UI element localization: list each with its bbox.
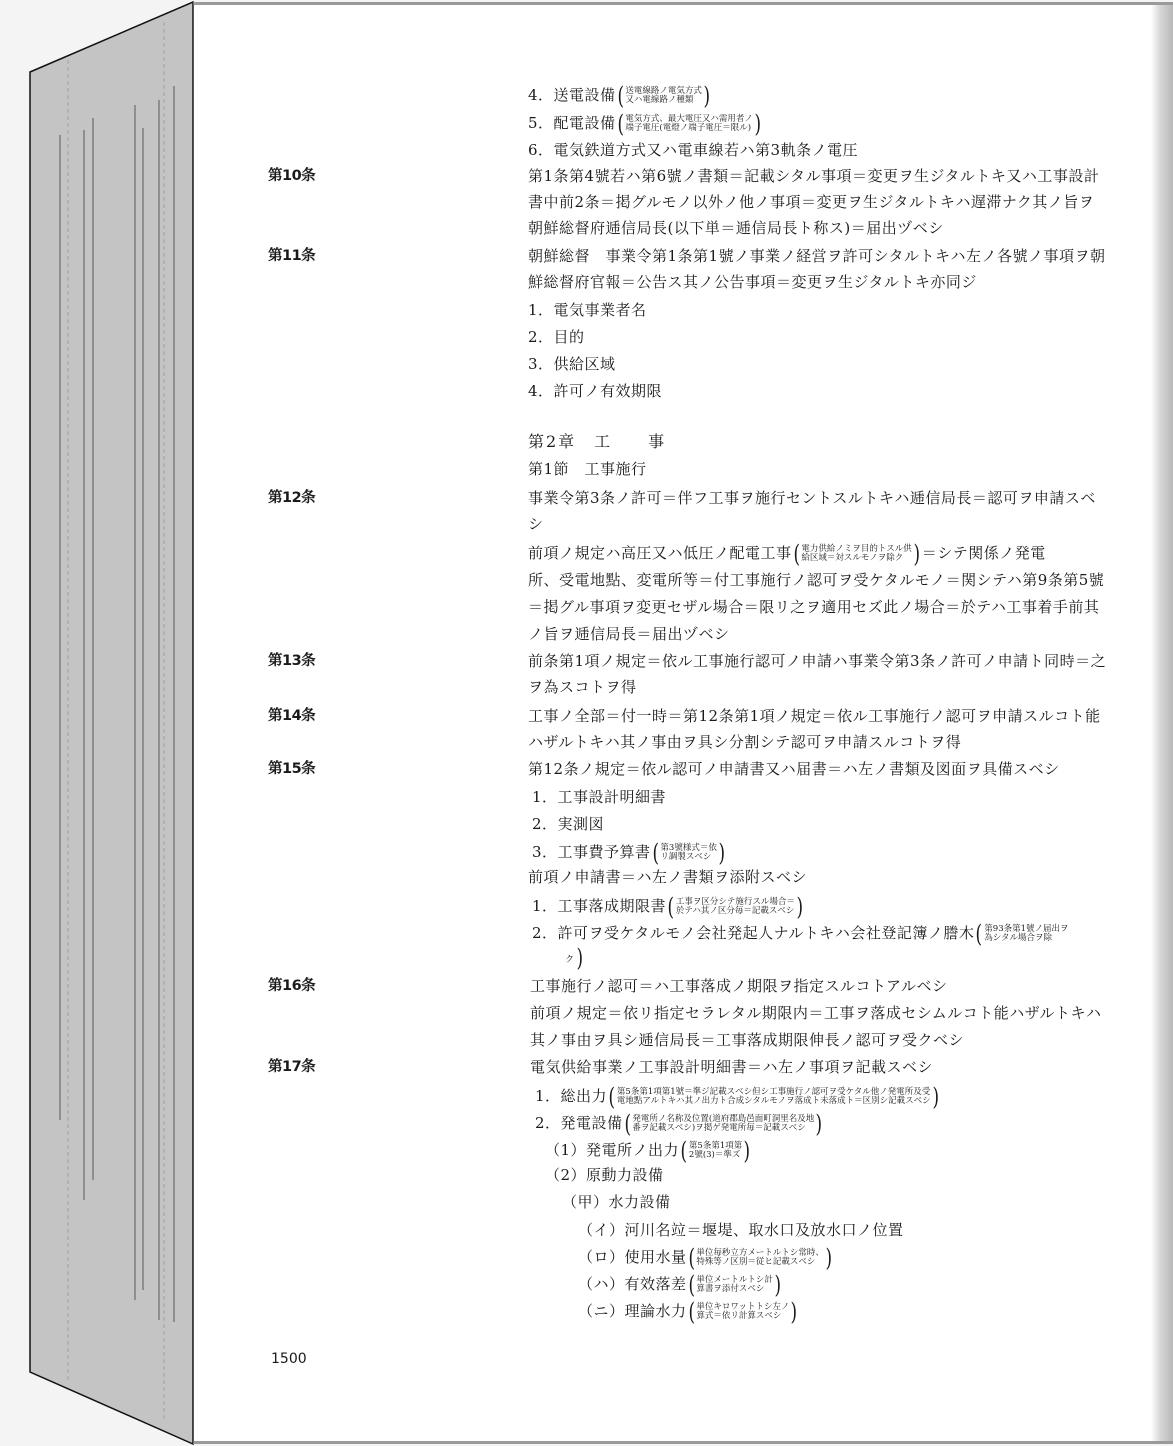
annotation: (工事ヲ区分シテ施行スル場合＝於テハ其ノ区分毎＝記載スベシ) bbox=[666, 895, 805, 919]
list-item: 2．実測図 bbox=[532, 814, 604, 834]
article-text: 書中前2条＝掲グルモノ以外ノ他ノ事項＝変更ヲ生ジタルトキハ遅滞ナク其ノ旨ヲ bbox=[528, 192, 1094, 212]
annotation: (電気方式、最大電圧又ハ需用者ノ端子電圧(電燈ノ端子電圧＝限ル)) bbox=[616, 112, 763, 136]
article-number: 第12条 bbox=[268, 488, 315, 508]
list-item: （2）原動力設備 bbox=[545, 1165, 664, 1185]
annotation: (送電線路ノ電気方式又ハ電線路ノ種類) bbox=[616, 84, 712, 108]
article-text: 朝鮮総督府逓信局長(以下単＝逓信局長ト称ス)＝届出ヅベシ bbox=[528, 218, 944, 238]
list-item: 3．供給区域 bbox=[528, 354, 616, 374]
article-text: ノ旨ヲ逓信局長＝届出ヅベシ bbox=[528, 624, 730, 644]
list-item: 1．電気事業者名 bbox=[528, 300, 647, 320]
list-item: 1．工事設計明細書 bbox=[532, 787, 666, 807]
list-item: （ハ）有效落差(単位メートルトシ計算書ヲ添付スベシ) bbox=[578, 1273, 783, 1297]
annotation: (第5条第1項第1號＝準ジ記載スベシ但シ工事施行ノ認可ヲ受ケタル他ノ発電所及受電… bbox=[607, 1085, 941, 1109]
list-item: （甲）水力設備 bbox=[562, 1192, 671, 1212]
article-number: 第16条 bbox=[268, 976, 315, 996]
chapter-heading: 第2章 工 事 bbox=[528, 432, 666, 452]
article-text: ヲ為スコトヲ得 bbox=[528, 677, 637, 697]
list-item: 4．許可ノ有效期限 bbox=[528, 381, 662, 401]
list-item: （1）発電所ノ出力(第5条第1項第2號(3)＝準ズ) bbox=[545, 1139, 752, 1163]
article-number: 第15条 bbox=[268, 759, 315, 779]
annotation: (第5条第1項第2號(3)＝準ズ) bbox=[679, 1139, 752, 1163]
annotation: (電力供給ノミヲ目的トスル供給区域＝対スルモノヲ除ク) bbox=[792, 542, 922, 566]
article-number: 第13条 bbox=[268, 651, 315, 671]
annotation: (単位キロワットトシ左ノ算式＝依リ計算スベシ) bbox=[687, 1300, 800, 1324]
article-text: 鮮総督府官報＝公告ス其ノ公告事項＝変更ヲ生ジタルトキ亦同ジ bbox=[528, 272, 977, 292]
list-item: 3．工事費予算書(第3號様式＝依リ調製スベシ) bbox=[532, 841, 727, 865]
article-text: 所、受電地點、変電所等＝付工事施行ノ認可ヲ受ケタルモノ＝関シテハ第9条第5號 bbox=[528, 570, 1104, 590]
list-item: 1．総出力(第5条第1項第1號＝準ジ記載スベシ但シ工事施行ノ認可ヲ受ケタル他ノ発… bbox=[535, 1085, 941, 1109]
article-text: 第1条第4號若ハ第6號ノ書類＝記載シタル事項＝変更ヲ生ジタルトキ又ハ工事設計 bbox=[528, 166, 1099, 186]
article-text: ハザルトキハ其ノ事由ヲ具シ分割シテ認可ヲ申請スルコトヲ得 bbox=[528, 732, 961, 752]
article-text: 事業令第3条ノ許可＝伴フ工事ヲ施行セントスルトキハ逓信局長＝認可ヲ申請スベ bbox=[528, 488, 1096, 508]
list-item: 2．発電設備(発電所ノ名称及位置(道府郡島邑面町洞里名及地番ヲ記載スベシ)ヲ掲ゲ… bbox=[535, 1112, 824, 1136]
article-text: 第12条ノ規定＝依ル認可ノ申請書又ハ届書＝ハ左ノ書類及図面ヲ具備スベシ bbox=[528, 759, 1060, 779]
article-text: 其ノ事由ヲ具シ逓信局長＝工事落成期限伸長ノ認可ヲ受クベシ bbox=[530, 1030, 964, 1050]
list-item: 2．目的 bbox=[528, 327, 585, 347]
article-text: 工事施行ノ認可＝ハ工事落成ノ期限ヲ指定スルコトアルベシ bbox=[530, 976, 947, 996]
article-number: 第17条 bbox=[268, 1057, 315, 1077]
annotation: (第93条第1號ノ届出ヲ為シタル場合ヲ除 bbox=[974, 922, 1068, 946]
annotation: (単位毎秒立方メートルトシ常時、特殊等ノ区別＝従ヒ記載スベシ) bbox=[687, 1246, 834, 1270]
book-page-edge bbox=[0, 0, 200, 1446]
article-text: 前条第1項ノ規定＝依ル工事施行認可ノ申請ハ事業令第3条ノ許可ノ申請ト同時＝之 bbox=[528, 651, 1106, 671]
annotation: (単位メートルトシ計算書ヲ添付スベシ) bbox=[687, 1273, 783, 1297]
page-gutter-shadow bbox=[1151, 5, 1173, 1441]
list-item: （イ）河川名竝＝堰堤、取水口及放水口ノ位置 bbox=[578, 1220, 904, 1240]
article-text: 前項ノ規定ハ高圧又ハ低圧ノ配電工事(電力供給ノミヲ目的トスル供給区域＝対スルモノ… bbox=[528, 542, 1046, 566]
article-text: 前項ノ規定＝依リ指定セラレタル期限内＝工事ヲ落成セシムルコト能ハザルトキハ bbox=[530, 1003, 1102, 1023]
list-item-continuation: ク) bbox=[565, 946, 584, 970]
article-text: 前項ノ申請書＝ハ左ノ書類ヲ添附スベシ bbox=[528, 867, 807, 887]
list-item: （ロ）使用水量(単位毎秒立方メートルトシ常時、特殊等ノ区別＝従ヒ記載スベシ) bbox=[578, 1246, 834, 1270]
page-number: 1500 bbox=[271, 1351, 307, 1367]
annotation: (第3號様式＝依リ調製スベシ) bbox=[651, 841, 727, 865]
list-item: （ニ）理論水力(単位キロワットトシ左ノ算式＝依リ計算スベシ) bbox=[578, 1300, 799, 1324]
article-text: 電気供給事業ノ工事設計明細書＝ハ左ノ事項ヲ記載スベシ bbox=[530, 1057, 933, 1077]
annotation: (発電所ノ名称及位置(道府郡島邑面町洞里名及地番ヲ記載スベシ)ヲ掲ゲ発電所毎＝記… bbox=[623, 1112, 825, 1136]
article-number: 第14条 bbox=[268, 706, 315, 726]
list-item: 6．電気鉄道方式又ハ電車線若ハ第3軌条ノ電圧 bbox=[528, 140, 858, 160]
article-text: シ bbox=[528, 514, 544, 534]
article-text: 工事ノ全部＝付一時＝第12条第1項ノ規定＝依ル工事施行ノ認可ヲ申請スルコト能 bbox=[528, 706, 1101, 726]
list-item: 2．許可ヲ受ケタルモノ会社発起人ナルトキハ会社登記簿ノ謄木(第93条第1號ノ届出… bbox=[532, 922, 1069, 946]
list-item: 4．送電設備(送電線路ノ電気方式又ハ電線路ノ種類) bbox=[528, 84, 712, 108]
article-number: 第10条 bbox=[268, 166, 315, 186]
list-item: 5．配電設備(電気方式、最大電圧又ハ需用者ノ端子電圧(電燈ノ端子電圧＝限ル)) bbox=[528, 112, 763, 136]
section-heading: 第1節 工事施行 bbox=[528, 459, 647, 479]
article-text: 朝鮮総督 事業令第1条第1號ノ事業ノ経営ヲ許可シタルトキハ左ノ各號ノ事項ヲ朝 bbox=[528, 246, 1106, 266]
list-item: 1．工事落成期限書(工事ヲ区分シテ施行スル場合＝於テハ其ノ区分毎＝記載スベシ) bbox=[532, 895, 805, 919]
article-number: 第11条 bbox=[268, 246, 315, 266]
article-text: ＝掲グル事項ヲ変更セザル場合＝限リ之ヲ適用セズ此ノ場合＝於テハ工事着手前其 bbox=[528, 597, 1099, 617]
